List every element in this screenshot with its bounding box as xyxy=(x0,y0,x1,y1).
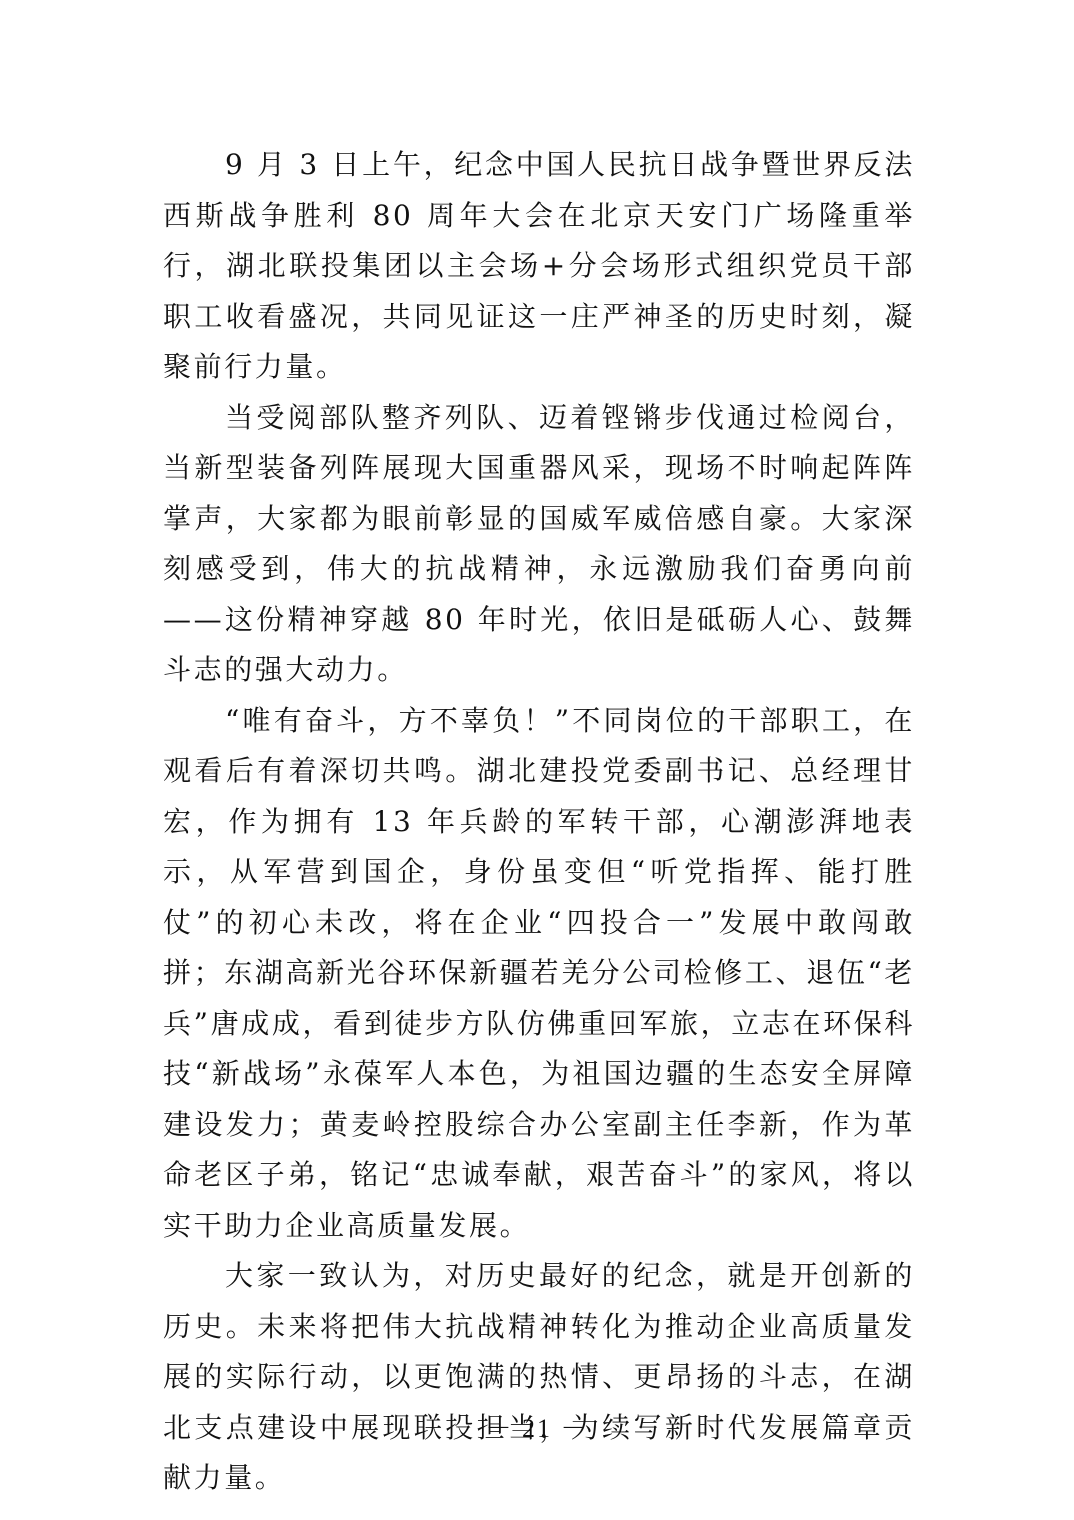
paragraph-event-intro: 9 月 3 日上午，纪念中国人民抗日战争暨世界反法西斯战争胜利 80 周年大会在… xyxy=(163,140,915,393)
page-number: － 21 － xyxy=(0,1408,1074,1445)
paragraph-staff-reactions: “唯有奋斗，方不辜负！”不同岗位的干部职工，在观看后有着深切共鸣。湖北建投党委副… xyxy=(163,696,915,1252)
document-page: 9 月 3 日上午，纪念中国人民抗日战争暨世界反法西斯战争胜利 80 周年大会在… xyxy=(0,0,1074,1520)
paragraph-parade-scene: 当受阅部队整齐列队、迈着铿锵步伐通过检阅台，当新型装备列阵展现大国重器风采，现场… xyxy=(163,393,915,696)
paragraph-conclusion: 大家一致认为，对历史最好的纪念，就是开创新的历史。未来将把伟大抗战精神转化为推动… xyxy=(163,1251,915,1504)
article-body: 9 月 3 日上午，纪念中国人民抗日战争暨世界反法西斯战争胜利 80 周年大会在… xyxy=(163,140,915,1504)
